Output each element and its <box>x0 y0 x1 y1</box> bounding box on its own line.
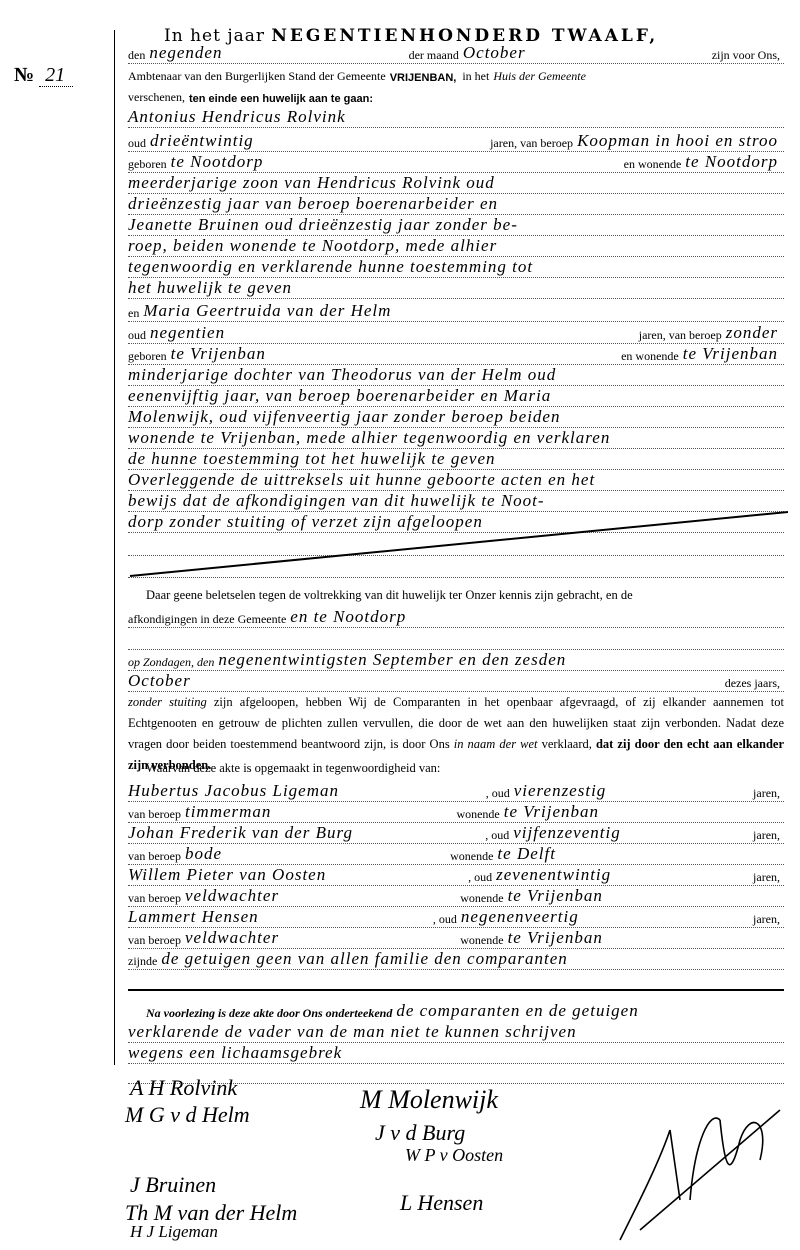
witnesses-intro: Waarvan deze akte is opgemaakt in tegenw… <box>128 758 784 779</box>
bride-birth-line: geboren te Vrijenban en wonende te Vrije… <box>128 343 784 365</box>
signature-witness-2: J v d Burg <box>375 1120 465 1146</box>
proclamation-para: Daar geene beletselen tegen de voltrekki… <box>128 585 784 606</box>
register-number-value: 21 <box>39 64 73 87</box>
void-strike-line <box>128 510 788 590</box>
official-line: Ambtenaar van den Burgerlijken Stand der… <box>128 63 784 84</box>
appeared-line: verschenen, ten einde een huwelijk aan t… <box>128 84 784 105</box>
date-line: den negenden der maand October zijn voor… <box>128 42 784 64</box>
witness-2-line: Johan Frederik van der Burg , oudvijfenz… <box>128 822 784 844</box>
margin-rule <box>114 30 115 1065</box>
signature-mother-groom: J Bruinen <box>130 1172 216 1198</box>
marriage-certificate: № 21 In het jaar NEGENTIENHONDERD TWAALF… <box>0 0 800 1250</box>
bride-name: Maria Geertruida van der Helm <box>143 301 397 321</box>
signature-groom: A H Rolvink <box>130 1075 237 1101</box>
witness-4-line: Lammert Hensen , oudnegenenveertig jaren… <box>128 906 784 928</box>
witness-3-line: Willem Pieter van Oosten , oudzevenentwi… <box>128 864 784 886</box>
witness-1-line: Hubertus Jacobus Ligeman , oudvierenzest… <box>128 780 784 802</box>
register-number: № 21 <box>14 64 73 87</box>
groom-age-line: oud drieëntwintig jaren, van beroep Koop… <box>128 130 784 152</box>
month-value: October <box>463 43 532 63</box>
groom-birth-line: geboren te Nootdorp en wonende te Nootdo… <box>128 151 784 173</box>
signature-official <box>600 1080 790 1245</box>
proclamation-place-line: afkondigingen in deze Gemeente en te Noo… <box>128 606 784 628</box>
groom-name: Antonius Hendricus Rolvink <box>128 107 352 127</box>
proclamation-dates-line: op Zondagen, den negenentwintigsten Sept… <box>128 649 784 671</box>
witness-relation-line: zijndede getuigen geen van allen familie… <box>128 948 784 970</box>
groom-name-line: Antonius Hendricus Rolvink <box>128 106 784 128</box>
signature-witness-3: W P v Oosten <box>405 1145 503 1166</box>
signature-mother-bride: M Molenwijk <box>360 1085 498 1115</box>
closing-line: Na voorlezing is deze akte door Ons onde… <box>128 1000 784 1021</box>
bride-name-line: en Maria Geertruida van der Helm <box>128 300 784 322</box>
signature-bride: M G v d Helm <box>125 1102 250 1128</box>
signature-witness-1: H J Ligeman <box>130 1222 218 1242</box>
day-value: negenden <box>149 43 228 63</box>
bride-age-line: oud negentien jaren, van beroep zonder <box>128 322 784 344</box>
signature-witness-4: L Hensen <box>400 1190 483 1216</box>
